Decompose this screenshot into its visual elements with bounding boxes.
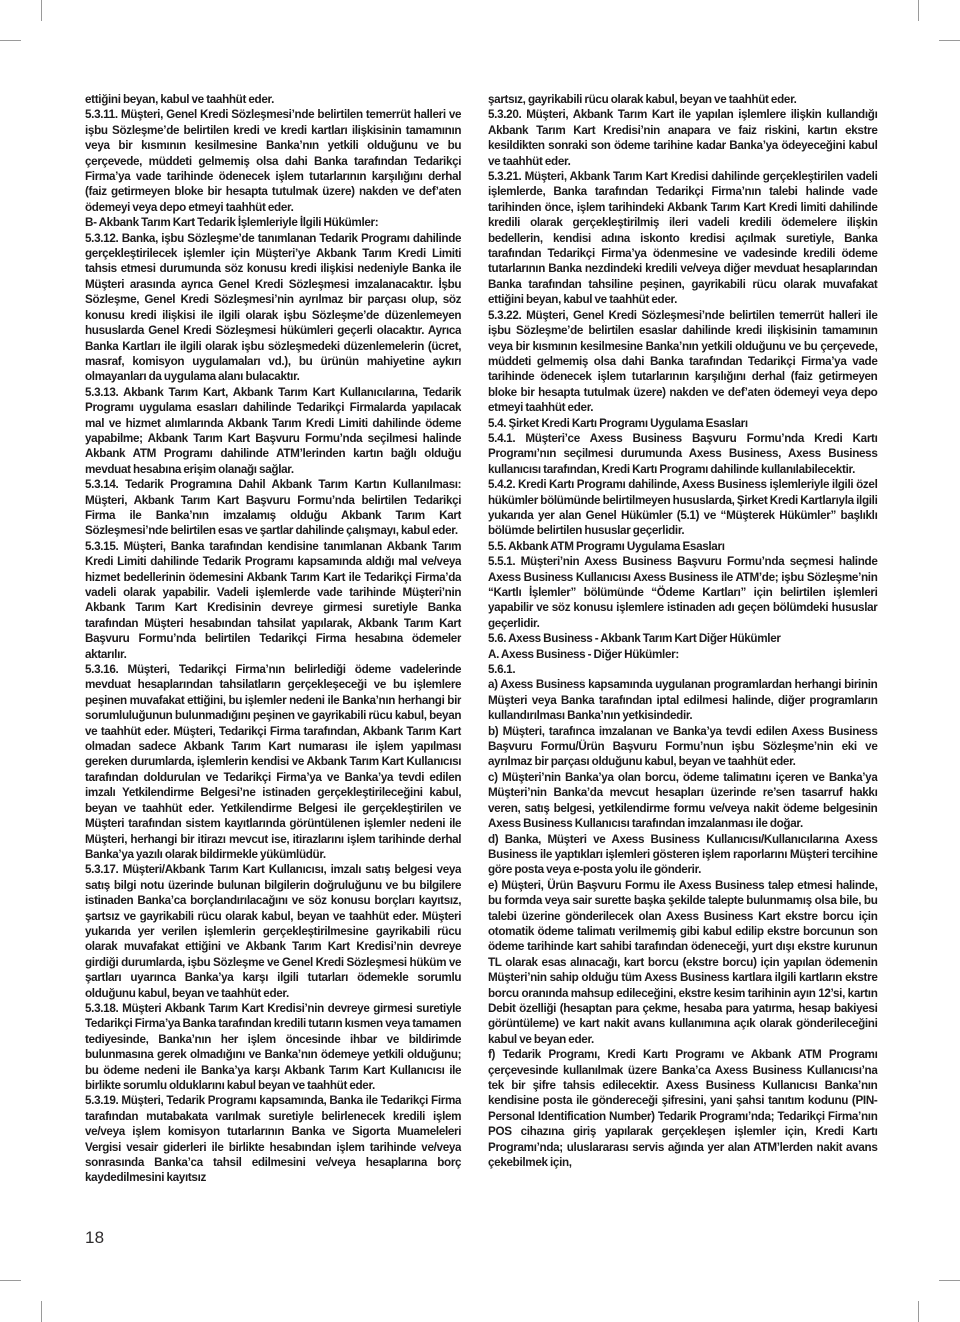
crop-mark-top-right-vertical (918, 0, 919, 21)
paragraph: B- Akbank Tarım Kart Tedarik İşlemleriyl… (85, 215, 461, 230)
crop-mark-bottom-left-vertical (41, 1301, 42, 1322)
paragraph: 5.4. Şirket Kredi Kartı Programı Uygulam… (488, 416, 878, 431)
paragraph: 5.6. Axess Business - Akbank Tarım Kart … (488, 631, 878, 646)
page-number: 18 (85, 1228, 104, 1248)
paragraph: 5.3.14. Tedarik Programına Dahil Akbank … (85, 477, 461, 539)
paragraph: 5.4.2. Kredi Kartı Programı dahilinde, A… (488, 477, 878, 539)
paragraph: 5.3.13. Akbank Tarım Kart, Akbank Tarım … (85, 385, 461, 477)
paragraph: 5.5. Akbank ATM Programı Uygulama Esasla… (488, 539, 878, 554)
paragraph: b) Müşteri, tarafınca imzalanan ve Banka… (488, 724, 878, 770)
paragraph: d) Banka, Müşteri ve Axess Business Kull… (488, 832, 878, 878)
crop-mark-top-right-horizontal (939, 40, 960, 41)
paragraph: e) Müşteri, Ürün Başvuru Formu ile Axess… (488, 878, 878, 1047)
paragraph: 5.3.16. Müşteri, Tedarikçi Firma’nın bel… (85, 662, 461, 862)
paragraph: 5.3.17. Müşteri/Akbank Tarım Kart Kullan… (85, 862, 461, 1001)
paragraph: 5.3.18. Müşteri Akbank Tarım Kart Kredis… (85, 1001, 461, 1093)
paragraph: 5.3.20. Müşteri, Akbank Tarım Kart ile y… (488, 107, 878, 169)
paragraph: şartsız, gayrikabili rücu olarak kabul, … (488, 92, 878, 107)
crop-mark-bottom-right-vertical (918, 1301, 919, 1322)
paragraph: c) Müşteri’nin Banka’ya olan borcu, ödem… (488, 770, 878, 832)
right-column: şartsız, gayrikabili rücu olarak kabul, … (488, 92, 878, 1227)
document-page: { "page": { "number": "18" }, "content":… (0, 0, 960, 1322)
paragraph: A. Axess Business - Diğer Hükümler: (488, 647, 878, 662)
paragraph: 5.3.22. Müşteri, Genel Kredi Sözleşmesi’… (488, 308, 878, 416)
paragraph: a) Axess Business kapsamında uygulanan p… (488, 677, 878, 723)
paragraph: 5.3.12. Banka, işbu Sözleşme’de tanımlan… (85, 231, 461, 385)
left-column: ettiğini beyan, kabul ve taahhüt eder.5.… (85, 92, 461, 1227)
crop-mark-top-left-horizontal (0, 40, 21, 41)
paragraph: 5.5.1. Müşteri’nin Axess Business Başvur… (488, 554, 878, 631)
paragraph: 5.4.1. Müşteri’ce Axess Business Başvuru… (488, 431, 878, 477)
paragraph: f) Tedarik Programı, Kredi Kartı Program… (488, 1047, 878, 1170)
paragraph: 5.6.1. (488, 662, 878, 677)
paragraph: ettiğini beyan, kabul ve taahhüt eder. (85, 92, 461, 107)
paragraph: 5.3.21. Müşteri, Akbank Tarım Kart Kredi… (488, 169, 878, 308)
paragraph: 5.3.19. Müşteri, Tedarik Programı kapsam… (85, 1093, 461, 1185)
crop-mark-bottom-right-horizontal (939, 1280, 960, 1281)
paragraph: 5.3.15. Müşteri, Banka tarafından kendis… (85, 539, 461, 662)
crop-mark-top-left-vertical (41, 0, 42, 21)
paragraph: 5.3.11. Müşteri, Genel Kredi Sözleşmesi’… (85, 107, 461, 215)
crop-mark-bottom-left-horizontal (0, 1280, 21, 1281)
